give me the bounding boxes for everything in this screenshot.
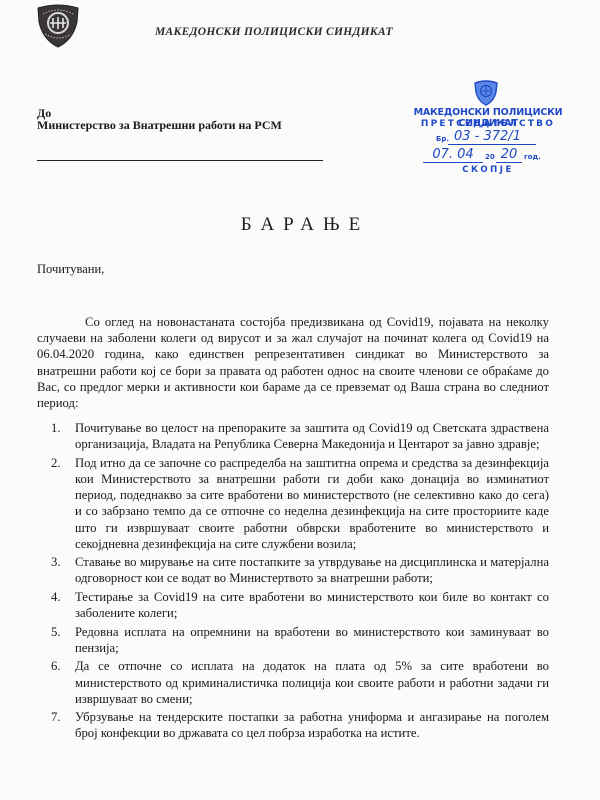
request-text: Тестирање за Covid19 на сите вработени в… [75,590,549,620]
request-text: Убрзување на тендерските постапки за раб… [75,710,549,740]
request-item: 4. Тестирање за Covid19 на сите вработен… [37,589,549,621]
address-underline [37,160,323,161]
salutation: Почитувани, [37,262,104,277]
header-org-name: МАКЕДОНСКИ ПОЛИЦИСКИ СИНДИКАТ [155,26,393,38]
request-number: 6. [51,658,61,674]
request-item: 3. Ставање во мирување на сите постапкит… [37,554,549,586]
request-text: Почитување во целост на препораките за з… [75,421,549,451]
request-item: 1. Почитување во целост на препораките з… [37,420,549,452]
request-item: 5. Редовна исплата на опремнини на врабо… [37,624,549,656]
stamp-year-prefix: 20 [485,153,495,161]
request-number: 7. [51,709,61,725]
request-item: 6. Да се отпочне со исплата на додаток н… [37,658,549,707]
request-list: 1. Почитување во целост на препораките з… [37,420,549,744]
stamp-number: 03 - 372/1 [448,130,536,145]
stamp-year: 20 [496,148,522,163]
union-shield-logo-icon [35,4,81,48]
stamp-date-row: 07. 04 20 20 год. [388,148,588,164]
stamp-city: СКОПЈЕ [388,165,588,175]
request-text: Ставање во мирување на сите постапките з… [75,555,549,585]
registration-stamp: МАКЕДОНСКИ ПОЛИЦИСКИ СИНДИКАТ ПРЕТСЕДАТЕ… [388,80,588,180]
request-number: 3. [51,554,61,570]
request-text: Да се отпочне со исплата на додаток на п… [75,659,549,705]
request-text: Под итно да се започне со распределба на… [75,456,549,551]
request-number: 5. [51,624,61,640]
request-text: Редовна исплата на опремнини на вработен… [75,625,549,655]
stamp-number-row: Бр. 03 - 372/1 [388,130,588,146]
stamp-department: ПРЕТСЕДАТЕЛСТВО [388,119,588,129]
request-item: 2. Под итно да се започне со распределба… [37,455,549,552]
stamp-year-suffix: год. [524,153,541,161]
document-page: МАКЕДОНСКИ ПОЛИЦИСКИ СИНДИКАТ До Министе… [0,0,600,800]
request-item: 7. Убрзување на тендерските постапки за … [37,709,549,741]
request-number: 2. [51,455,61,471]
request-number: 4. [51,589,61,605]
union-shield-logo-icon [473,80,499,106]
intro-paragraph: Со оглед на новонастаната состојба преди… [37,314,549,411]
recipient-name: Министерство за Внатрешни работи на РСМ [37,118,282,133]
document-title: БАРАЊЕ [0,214,600,236]
stamp-date: 07. 04 [423,148,483,163]
request-number: 1. [51,420,61,436]
